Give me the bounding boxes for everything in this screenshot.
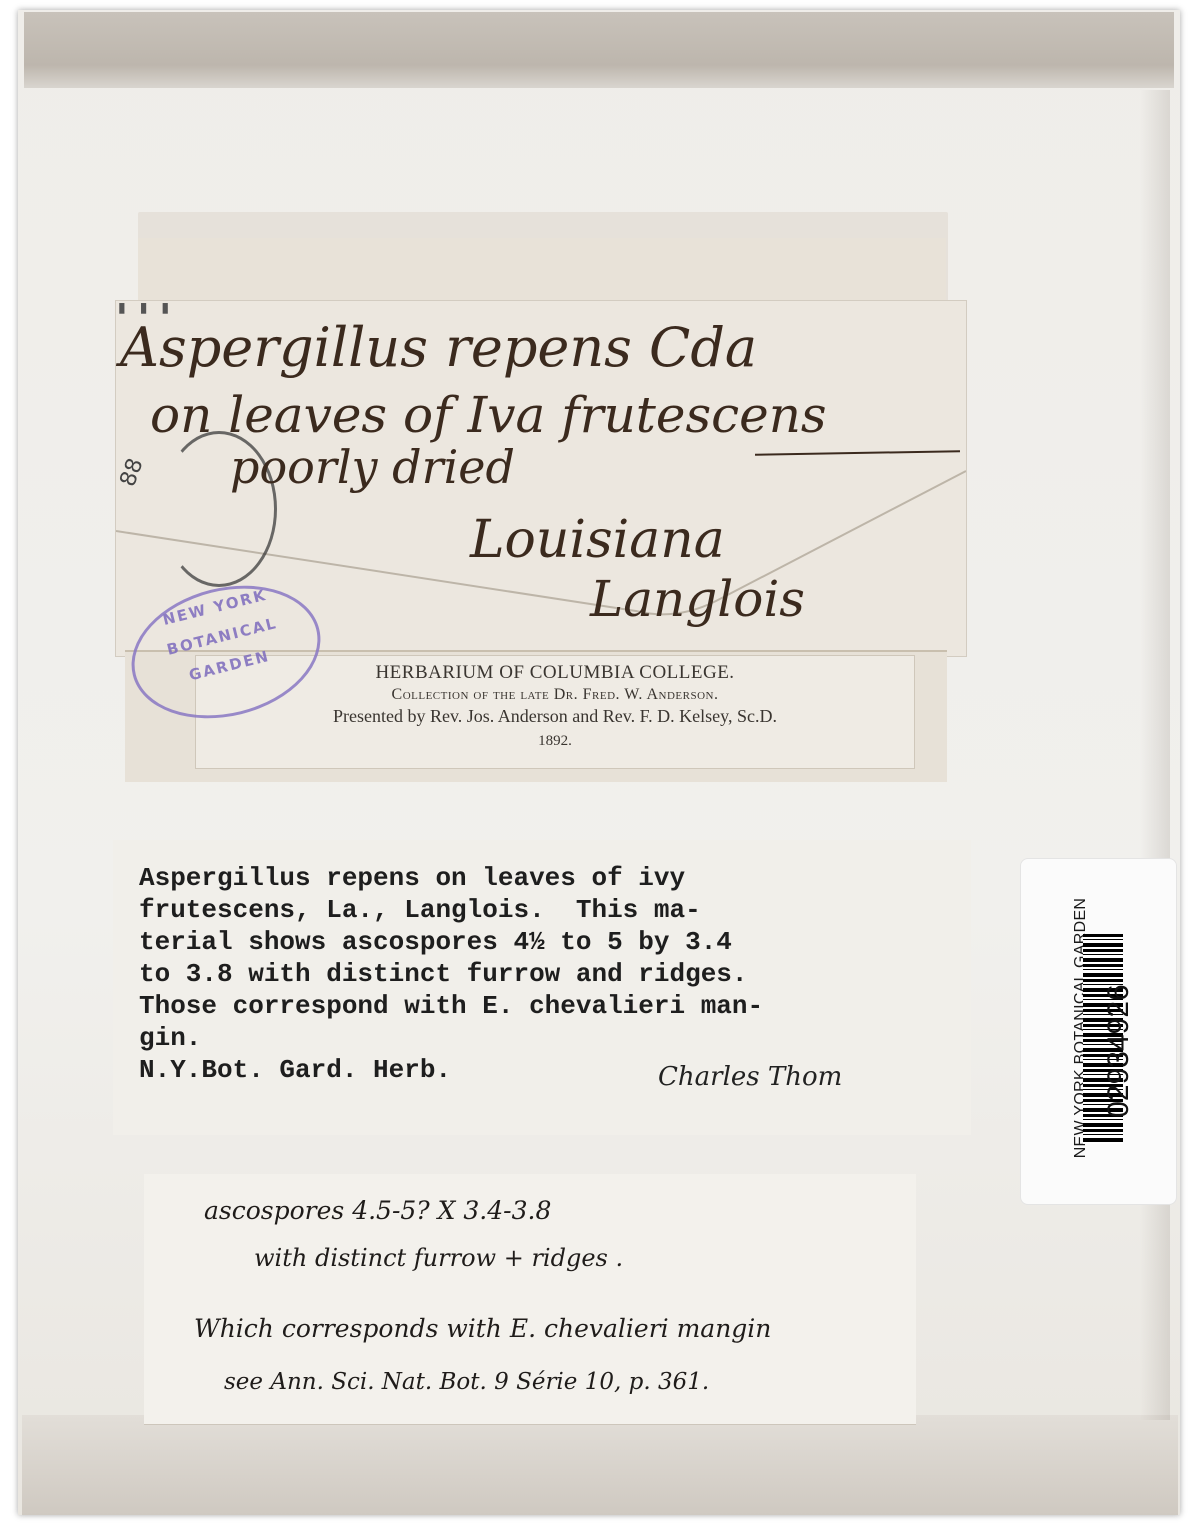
note-line: Which corresponds with E. chevalieri man…: [194, 1314, 771, 1343]
note-line: with distinct furrow + ridges .: [254, 1244, 623, 1272]
label-collection: Collection of the late Dr. Fred. W. Ande…: [196, 686, 914, 704]
handwriting-line: Louisiana: [470, 510, 725, 570]
handwritten-note-label: ascospores 4.5-5? X 3.4-3.8 with distinc…: [144, 1174, 916, 1425]
handwriting-line: on leaves of Iva frutescens: [150, 386, 827, 444]
label-presented-by: Presented by Rev. Jos. Anderson and Rev.…: [196, 706, 914, 727]
typed-determination-label: Aspergillus repens on leaves of ivy frut…: [113, 840, 971, 1135]
typed-text: Aspergillus repens on leaves of ivy frut…: [139, 862, 763, 1086]
signature: Charles Thom: [658, 1062, 842, 1092]
bottom-shadow-band: [22, 1415, 1178, 1515]
note-line: ascospores 4.5-5? X 3.4-3.8: [204, 1196, 551, 1225]
label-year: 1892.: [196, 733, 914, 750]
stamp-fragments: ▮▮▮: [118, 300, 183, 317]
top-shadow-band: [24, 12, 1174, 88]
handwriting-line: Langlois: [590, 570, 805, 628]
barcode-label: NEW YORK BOTANICAL GARDEN 02934926: [1020, 858, 1177, 1205]
right-edge-shadow: [1140, 90, 1170, 1420]
note-line: see Ann. Sci. Nat. Bot. 9 Série 10, p. 3…: [224, 1369, 709, 1395]
handwriting-line: Aspergillus repens Cda: [120, 316, 757, 379]
barcode-number: 02934926: [1102, 931, 1136, 1171]
specimen-packet-fold: [138, 238, 946, 309]
handwriting-line: poorly dried: [230, 440, 515, 494]
